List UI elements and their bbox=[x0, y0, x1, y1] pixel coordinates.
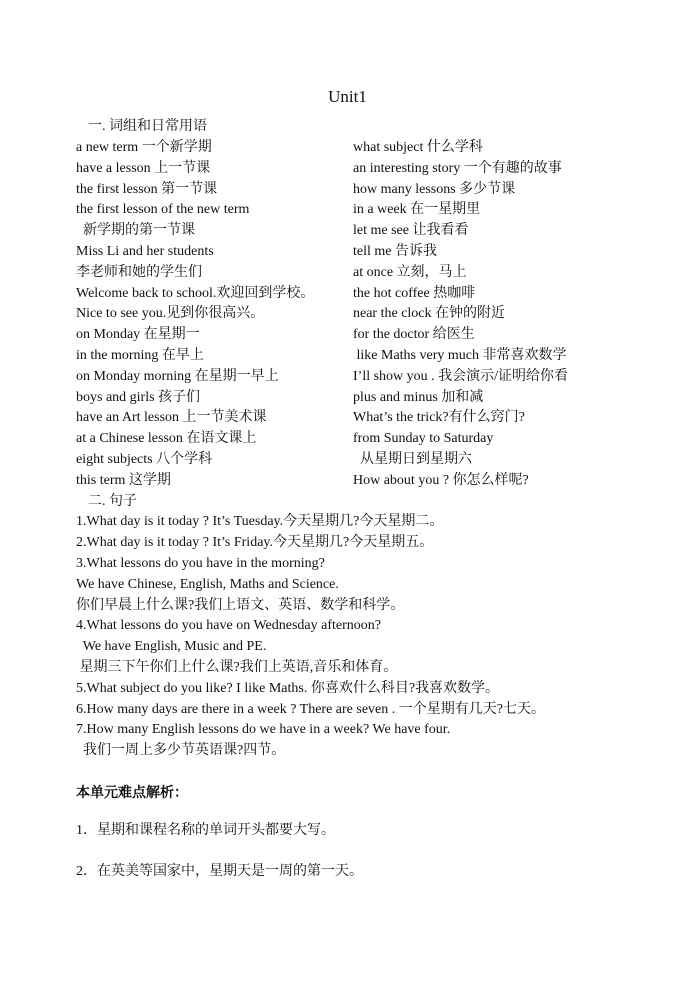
phrase-item: How about you ? 你怎么样呢? bbox=[353, 471, 529, 491]
phrase-item: 新学期的第一节课 bbox=[76, 221, 195, 241]
sentence-line: 4.What lessons do you have on Wednesday … bbox=[76, 616, 381, 636]
phrase-item: 李老师和她的学生们 bbox=[76, 263, 202, 283]
sentence-line: 你们早晨上什么课?我们上语文、英语、数学和科学。 bbox=[76, 596, 404, 616]
phrase-item: near the clock 在钟的附近 bbox=[353, 304, 505, 324]
phrase-item: Miss Li and her students bbox=[76, 242, 214, 262]
sentence-line: 5.What subject do you like? I like Maths… bbox=[76, 679, 499, 699]
sentence-line: 1.What day is it today ? It’s Tuesday.今天… bbox=[76, 512, 443, 532]
sentence-line: 我们一周上多少节英语课?四节。 bbox=[76, 741, 285, 761]
sentence-line: 7.How many English lessons do we have in… bbox=[76, 720, 450, 740]
key-point-item: 1．星期和课程名称的单词开头都要大写。 bbox=[76, 821, 335, 841]
unit-title: Unit1 bbox=[0, 86, 695, 108]
sentence-line: 2.What day is it today ? It’s Friday.今天星… bbox=[76, 533, 433, 553]
phrase-item: 从星期日到星期六 bbox=[353, 450, 472, 470]
phrase-item: for the doctor 给医生 bbox=[353, 325, 475, 345]
phrase-item: Welcome back to school.欢迎回到学校。 bbox=[76, 284, 314, 304]
phrase-item: in a week 在一星期里 bbox=[353, 200, 480, 220]
phrase-item: in the morning 在早上 bbox=[76, 346, 204, 366]
phrase-item: on Monday 在星期一 bbox=[76, 325, 200, 345]
phrase-item: this term 这学期 bbox=[76, 471, 171, 491]
phrase-item: Nice to see you.见到你很高兴。 bbox=[76, 304, 264, 324]
sentence-line: 6.How many days are there in a week ? Th… bbox=[76, 700, 545, 720]
unit-title-text: Unit1 bbox=[328, 86, 367, 108]
phrase-item: eight subjects 八个学科 bbox=[76, 450, 212, 470]
key-point-item: 2．在英美等国家中，星期天是一周的第一天。 bbox=[76, 862, 363, 882]
phrase-item: the hot coffee 热咖啡 bbox=[353, 284, 475, 304]
phrase-item: an interesting story 一个有趣的故事 bbox=[353, 159, 562, 179]
phrase-item: have an Art lesson 上一节美术课 bbox=[76, 408, 267, 428]
key-points-heading: 本单元难点解析： bbox=[76, 783, 188, 803]
document-page: Unit1 一. 词组和日常用语 a new term 一个新学期 have a… bbox=[0, 0, 695, 982]
section2-heading: 二. 句子 bbox=[88, 492, 137, 512]
sentence-line: 星期三下午你们上什么课?我们上英语,音乐和体育。 bbox=[76, 658, 397, 678]
sentence-line: 3.What lessons do you have in the mornin… bbox=[76, 554, 325, 574]
section1-heading: 一. 词组和日常用语 bbox=[88, 117, 207, 137]
phrase-item: plus and minus 加和减 bbox=[353, 388, 483, 408]
phrase-item: the first lesson of the new term bbox=[76, 200, 249, 220]
phrase-item: the first lesson 第一节课 bbox=[76, 180, 217, 200]
phrase-item: at once 立刻，马上 bbox=[353, 263, 467, 283]
phrase-item: let me see 让我看看 bbox=[353, 221, 468, 241]
phrase-item: What’s the trick?有什么窍门? bbox=[353, 408, 525, 428]
phrase-item: how many lessons 多少节课 bbox=[353, 180, 515, 200]
phrase-item: like Maths very much 非常喜欢数学 bbox=[353, 346, 566, 366]
sentence-line: We have English, Music and PE. bbox=[76, 637, 266, 657]
phrase-item: on Monday morning 在星期一早上 bbox=[76, 367, 279, 387]
phrase-item: from Sunday to Saturday bbox=[353, 429, 493, 449]
phrase-item: at a Chinese lesson 在语文课上 bbox=[76, 429, 256, 449]
sentence-line: We have Chinese, English, Maths and Scie… bbox=[76, 575, 339, 595]
phrase-item: a new term 一个新学期 bbox=[76, 138, 212, 158]
phrase-item: I’ll show you . 我会演示/证明给你看 bbox=[353, 367, 568, 387]
phrase-item: have a lesson 上一节课 bbox=[76, 159, 210, 179]
phrase-item: what subject 什么学科 bbox=[353, 138, 483, 158]
phrase-item: tell me 告诉我 bbox=[353, 242, 437, 262]
phrase-item: boys and girls 孩子们 bbox=[76, 388, 200, 408]
